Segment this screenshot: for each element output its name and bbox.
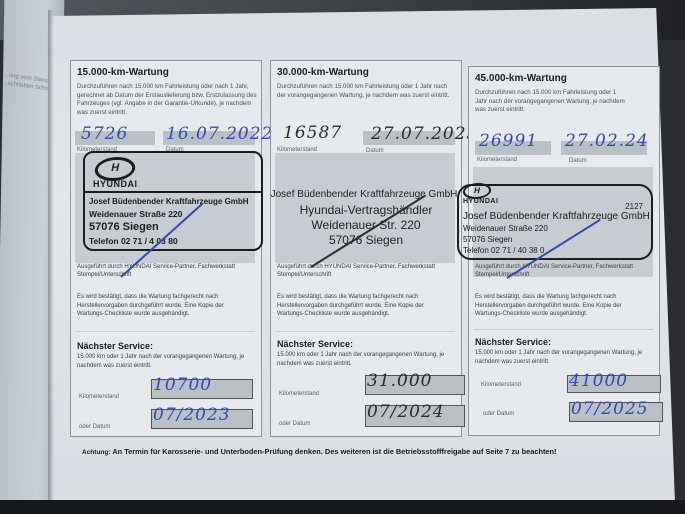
next-service-title: Nächster Service: xyxy=(475,337,551,347)
notice-label: Achtung: xyxy=(82,449,111,456)
dealer-stamp: H HYUNDAI Josef Büdenbender Kraftfahrzeu… xyxy=(83,151,263,251)
next-date-value: 07/2023 xyxy=(153,405,231,425)
next-odometer-value: 31.000 xyxy=(367,371,432,391)
divider xyxy=(275,331,455,332)
service-card-30000: 30.000-km-Wartung Durchzuführen nach 15.… xyxy=(270,60,462,437)
next-odometer-value: 41000 xyxy=(569,371,628,391)
page-fold-shadow xyxy=(48,10,54,505)
odometer-label: Kilometerstand xyxy=(477,157,517,163)
next-date-label: oder Datum xyxy=(279,421,310,427)
service-card-45000: 45.000-km-Wartung Durchzuführen nach 15.… xyxy=(468,66,660,436)
confirmation-text: Es wird bestätigt, dass die Wartung fach… xyxy=(277,293,452,319)
stamp-dealer: Josef Büdenbender Kraftfahrzeuge GmbH xyxy=(259,189,469,200)
odometer-value: 16587 xyxy=(283,123,342,143)
background-bottom xyxy=(0,500,685,514)
next-date-label: oder Datum xyxy=(79,424,110,430)
service-title: 45.000-km-Wartung xyxy=(475,73,567,84)
stamp-dealer: Josef Büdenbender Kraftfahrzeuge GmbH xyxy=(463,211,650,222)
confirmation-text: Es wird bestätigt, dass die Wartung fach… xyxy=(475,293,650,319)
stamp-street: Weidenauer Straße 220 xyxy=(89,209,182,219)
next-odometer-label: Kilometerstand xyxy=(481,382,521,388)
service-description: Durchzuführen nach 15.000 km Fahrleistun… xyxy=(475,89,625,115)
hyundai-logo-icon: H xyxy=(461,183,492,199)
service-card-15000: 15.000-km-Wartung Durchzuführen nach 15.… xyxy=(70,60,262,437)
executed-by-text: Ausgeführt durch HYUNDAI Service-Partner… xyxy=(77,263,257,279)
stamp-dealer: Josef Büdenbender Kraftfahrzeuge GmbH xyxy=(89,197,249,206)
odometer-value: 26991 xyxy=(479,131,538,151)
executed-by-text: Ausgeführt durch HYUNDAI Service-Partner… xyxy=(475,263,655,279)
stamp-street: Weidenauer Straße 220 xyxy=(463,224,548,233)
page-number: 15 xyxy=(678,468,685,478)
next-service-title: Nächster Service: xyxy=(277,339,353,349)
stamp-city: 57076 Siegen xyxy=(271,233,461,247)
service-description: Durchzuführen nach 15.000 km Fahrleistun… xyxy=(77,83,257,117)
date-value: 27.07.2023 xyxy=(371,124,478,144)
odometer-value: 5726 xyxy=(81,124,128,144)
notice-body: An Termin für Karosserie- und Unterboden… xyxy=(112,447,556,456)
date-value: 27.02.24 xyxy=(565,131,649,151)
stamp-divider xyxy=(85,191,261,193)
stamp-phone: Telefon 02 71 / 40 38 0 xyxy=(463,246,544,255)
next-odometer-value: 10700 xyxy=(153,375,212,395)
stamp-subtitle: Hyundai-Vertragshändler xyxy=(271,203,461,217)
next-date-label: oder Datum xyxy=(483,411,514,417)
stamp-city: 57076 Siegen xyxy=(89,221,159,233)
hyundai-logo-icon: H xyxy=(92,157,137,181)
next-service-title: Nächster Service: xyxy=(77,341,153,351)
next-service-description: 15.000 km oder 1 Jahr nach der vorangega… xyxy=(77,353,257,370)
service-title: 30.000-km-Wartung xyxy=(277,67,369,78)
executed-by-text: Ausgeführt durch HYUNDAI Service-Partner… xyxy=(277,263,457,279)
notice-text: Achtung: An Termin für Karosserie- und U… xyxy=(82,447,557,456)
next-odometer-label: Kilometerstand xyxy=(279,391,319,397)
stamp-number: 2127 xyxy=(625,202,643,211)
next-date-value: 07/2024 xyxy=(367,402,445,422)
stamp-brand: HYUNDAI xyxy=(93,179,138,189)
service-title: 15.000-km-Wartung xyxy=(77,67,169,78)
stamp-city: 57076 Siegen xyxy=(463,235,512,244)
stamp-brand: HYUNDAI xyxy=(463,198,498,205)
divider xyxy=(473,329,653,330)
confirmation-text: Es wird bestätigt, dass die Wartung fach… xyxy=(77,293,252,319)
next-odometer-label: Kilometerstand xyxy=(79,394,119,400)
divider xyxy=(75,331,255,332)
next-service-description: 15.000 km oder 1 Jahr nach der vorangega… xyxy=(475,349,655,366)
next-service-description: 15.000 km oder 1 Jahr nach der vorangega… xyxy=(277,351,457,368)
service-description: Durchzuführen nach 15.000 km Fahrleistun… xyxy=(277,83,457,100)
next-date-value: 07/2025 xyxy=(571,399,649,419)
date-value: 16.07.2022 xyxy=(166,124,273,144)
date-label: Datum xyxy=(569,158,587,164)
